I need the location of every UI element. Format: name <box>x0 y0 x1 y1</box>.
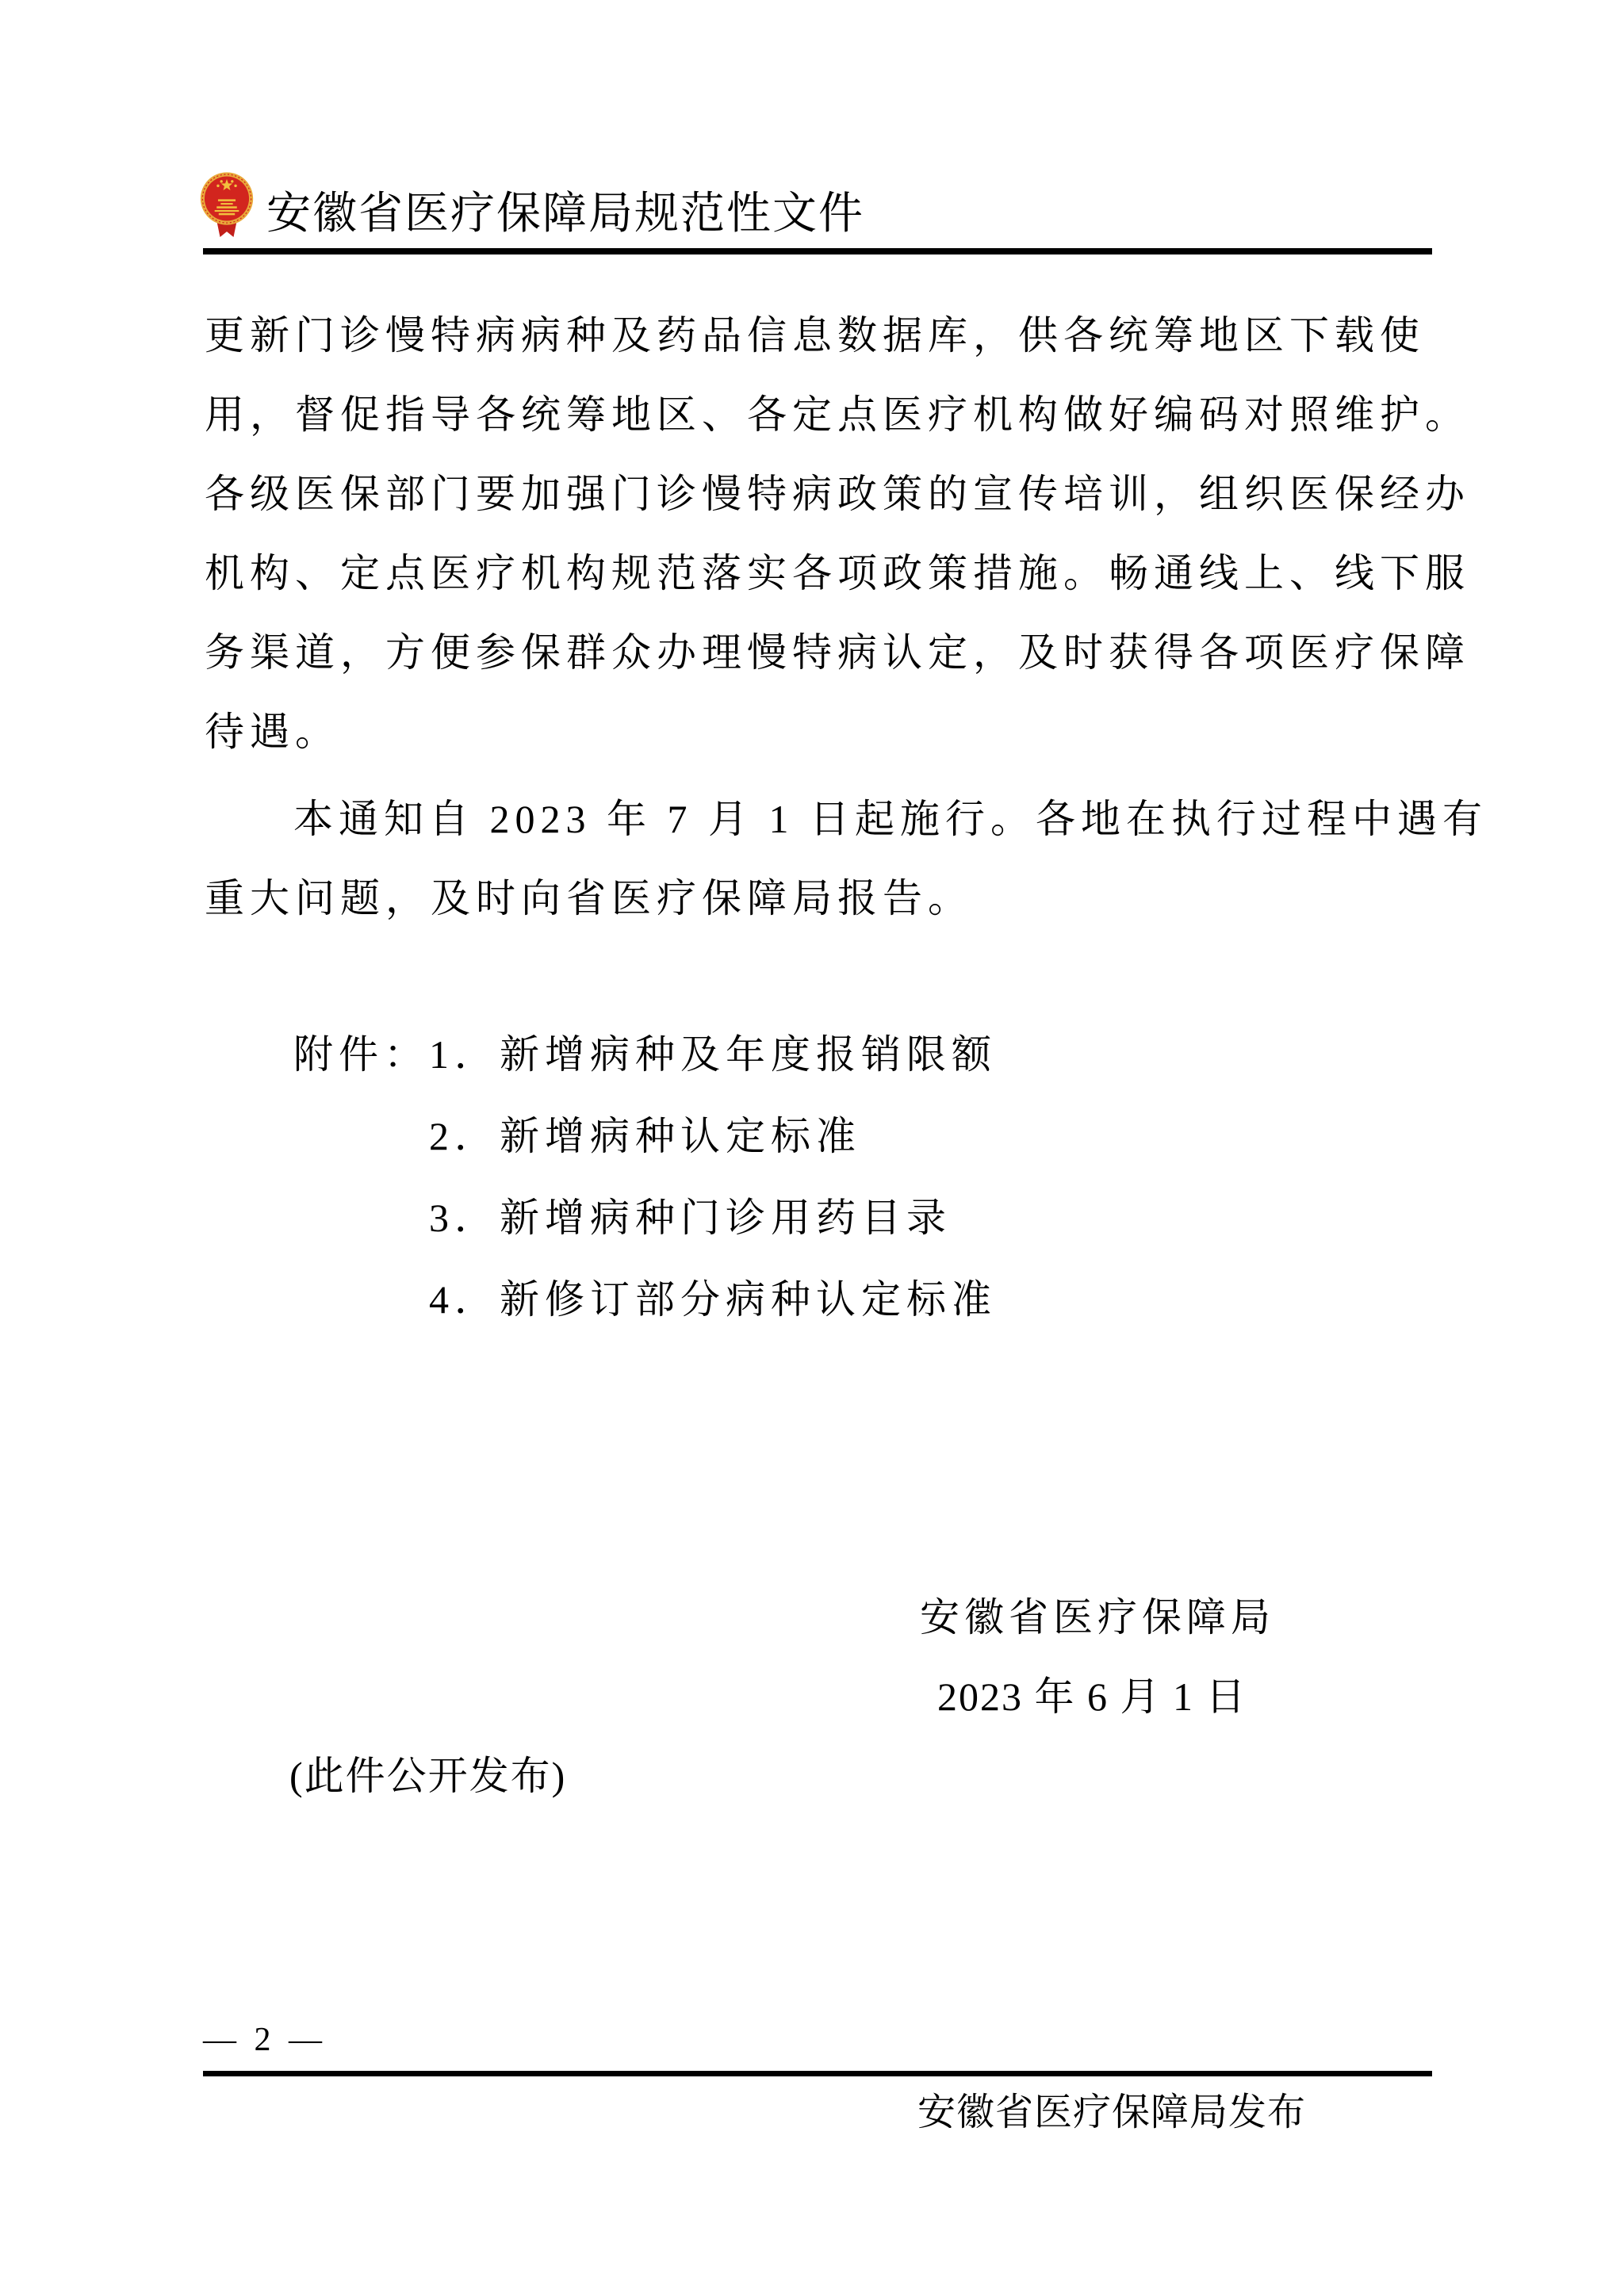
attachments-label: 附件： <box>293 1032 429 1077</box>
header-divider-rule <box>203 248 1432 254</box>
signature-issuer: 安徽省医疗保障局 <box>205 1578 1432 1657</box>
text-line: 务渠道，方便参保群众办理慢特病认定，及时获得各项医疗保障 <box>205 613 1432 692</box>
public-release-note: (此件公开发布) <box>205 1736 1432 1816</box>
text-line: 各级医保部门要加强门诊慢特病政策的宣传培训，组织医保经办 <box>205 454 1432 534</box>
attachment-line: 附件：1．新增病种及年度报销限额 <box>205 1014 1432 1096</box>
attachment-line: 3．新增病种门诊用药目录 <box>205 1177 1432 1259</box>
attachment-line: 2．新增病种认定标准 <box>205 1096 1432 1177</box>
footer-page-number: — 2 — <box>203 2020 327 2060</box>
footer-divider-rule <box>203 2071 1432 2076</box>
signature-date: 2023 年 6 月 1 日 <box>205 1657 1432 1736</box>
national-emblem-icon <box>200 171 254 239</box>
footer-publisher: 安徽省医疗保障局发布 <box>917 2091 1306 2135</box>
paragraph-1: 更新门诊慢特病病种及药品信息数据库，供各统筹地区下载使 用，督促指导各统筹地区、… <box>205 296 1432 771</box>
document-header-title: 安徽省医疗保障局规范性文件 <box>266 181 864 247</box>
attachment-line: 4．新修订部分病种认定标准 <box>205 1259 1432 1341</box>
paragraph-2: 本通知自 2023 年 7 月 1 日起施行。各地在执行过程中遇有 重大问题，及… <box>205 779 1432 938</box>
body-text: 更新门诊慢特病病种及药品信息数据库，供各统筹地区下载使 用，督促指导各统筹地区、… <box>205 296 1432 1816</box>
text-line: 机构、定点医疗机构规范落实各项政策措施。畅通线上、线下服 <box>205 534 1432 613</box>
attachment-item: 1．新增病种及年度报销限额 <box>429 1032 997 1077</box>
signature-block: 安徽省医疗保障局 2023 年 6 月 1 日 (此件公开发布) <box>205 1578 1432 1816</box>
text-line: 本通知自 2023 年 7 月 1 日起施行。各地在执行过程中遇有 <box>205 779 1432 859</box>
text-line: 用，督促指导各统筹地区、各定点医疗机构做好编码对照维护。 <box>205 375 1432 454</box>
text-line: 待遇。 <box>205 692 1432 771</box>
document-page: 安徽省医疗保障局规范性文件 更新门诊慢特病病种及药品信息数据库，供各统筹地区下载… <box>0 0 1624 2296</box>
text-line: 重大问题，及时向省医疗保障局报告。 <box>205 859 1432 938</box>
text-line: 更新门诊慢特病病种及药品信息数据库，供各统筹地区下载使 <box>205 296 1432 375</box>
attachments-block: 附件：1．新增病种及年度报销限额 2．新增病种认定标准 3．新增病种门诊用药目录… <box>205 1014 1432 1341</box>
